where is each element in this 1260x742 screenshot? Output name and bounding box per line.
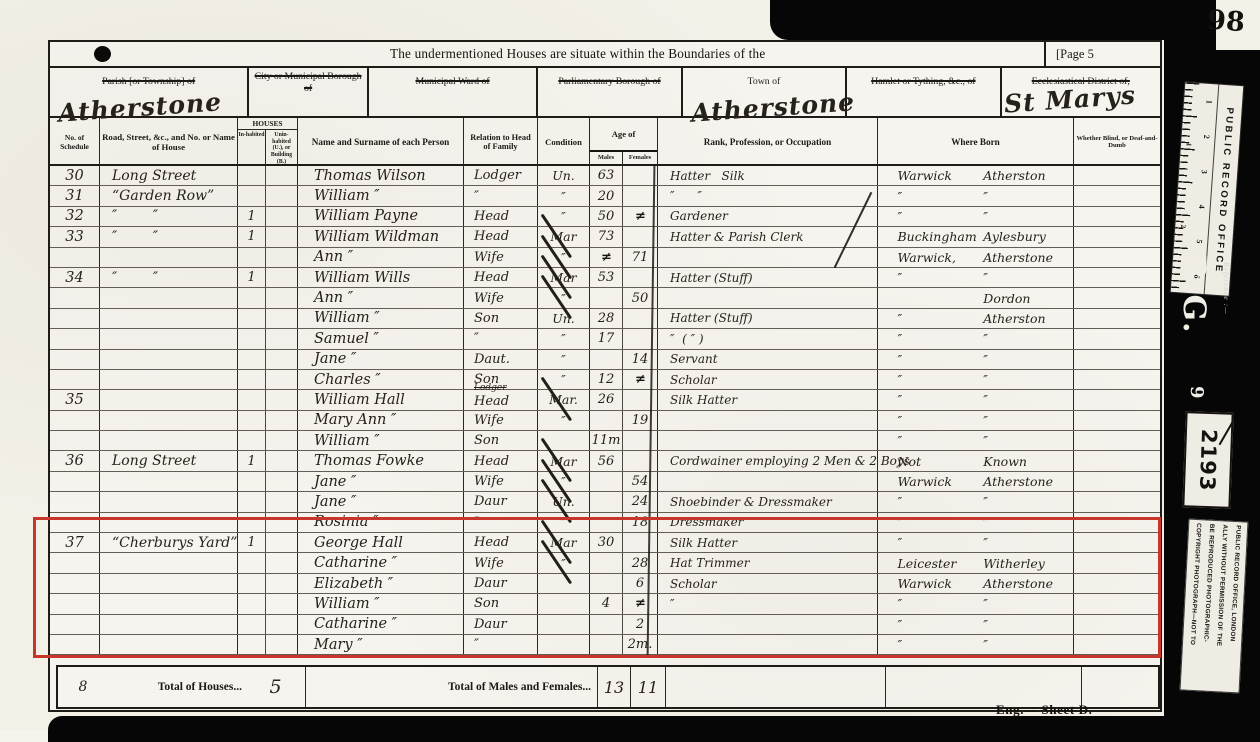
form-title-band: The undermentioned Houses are situate wi… bbox=[50, 42, 1160, 68]
inhabited-cell: 1 bbox=[238, 268, 266, 287]
name-cell: William ″ bbox=[298, 309, 464, 328]
relation-cell: Head bbox=[464, 451, 538, 470]
district-cell: City or Municipal Borough of bbox=[249, 68, 369, 116]
ruler-small-number: 2 bbox=[1179, 224, 1187, 228]
blind-deaf-cell bbox=[1074, 207, 1160, 226]
table-row: 30Long StreetThomas WilsonLodgerUn.63Hat… bbox=[50, 166, 1160, 186]
uninhabited-cell bbox=[266, 390, 298, 409]
relation-cell: ″ bbox=[464, 186, 538, 205]
born-county: ″ bbox=[898, 270, 903, 285]
district-label: Town of bbox=[748, 76, 781, 88]
born-county: Warwick bbox=[898, 474, 952, 489]
inhabited-cell: 1 bbox=[238, 451, 266, 470]
district-header-row: Parish [or Township] ofAtherstoneCity or… bbox=[50, 68, 1160, 118]
uninhabited-cell bbox=[266, 431, 298, 450]
blind-deaf-cell bbox=[1074, 186, 1160, 205]
road-cell: “Garden Row” bbox=[100, 186, 238, 205]
born-place: ″ bbox=[983, 331, 988, 346]
born-place: ″ bbox=[983, 372, 988, 387]
name-cell: Thomas Fowke bbox=[298, 451, 464, 470]
inhabited-cell bbox=[238, 186, 266, 205]
where-born-cell: Warwick,Atherstone bbox=[878, 248, 1074, 267]
inhabited-cell bbox=[238, 431, 266, 450]
col-houses-group: HOUSES In-habited Unin-habited (U.), or … bbox=[238, 118, 298, 165]
where-born-cell: NotKnown bbox=[878, 451, 1074, 470]
relation-cell: Wife bbox=[464, 472, 538, 491]
schedule-cell: 34 bbox=[50, 268, 100, 287]
form-title: The undermentioned Houses are situate wi… bbox=[390, 46, 765, 62]
born-county: ″ bbox=[898, 352, 903, 367]
blind-deaf-cell bbox=[1074, 492, 1160, 511]
name-cell: William Payne bbox=[298, 207, 464, 226]
where-born-cell: WarwickAtherston bbox=[878, 166, 1074, 185]
uninhabited-cell bbox=[266, 207, 298, 226]
born-county: ″ bbox=[898, 392, 903, 407]
road-cell: ″ ″ bbox=[100, 227, 238, 246]
table-row: 31“Garden Row”William ″″″20″ ″″″ bbox=[50, 186, 1160, 206]
occupation-cell: Shoebinder & Dressmaker bbox=[658, 492, 878, 511]
road-cell: Long Street bbox=[100, 166, 238, 185]
occupation-cell: Hatter (Stuff) bbox=[658, 309, 878, 328]
col-relation: Relation to Head of Family bbox=[464, 118, 538, 165]
photo-backdrop-top bbox=[770, 0, 1222, 40]
col-houses: HOUSES bbox=[238, 118, 297, 130]
uninhabited-cell bbox=[266, 411, 298, 430]
table-row: 32″ ″1William PayneHead″50≠Gardener″″ bbox=[50, 207, 1160, 227]
age-females-cell: 54 bbox=[623, 472, 658, 491]
inhabited-cell bbox=[238, 411, 266, 430]
occupation-cell: ″ ″ bbox=[658, 186, 878, 205]
road-cell: ″ ″ bbox=[100, 207, 238, 226]
inhabited-cell: 1 bbox=[238, 227, 266, 246]
district-cell: Ecclesiastical District of,St Marys bbox=[1002, 68, 1160, 116]
inhabited-cell bbox=[238, 492, 266, 511]
col-blind-deaf: Whether Blind, or Deaf-and-Dumb bbox=[1074, 118, 1160, 165]
born-county: ″ bbox=[898, 494, 903, 509]
where-born-cell: ″″ bbox=[878, 492, 1074, 511]
born-county: Warwick bbox=[898, 168, 952, 183]
uninhabited-cell bbox=[266, 472, 298, 491]
total-males-females-label: Total of Males and Females... bbox=[306, 667, 598, 707]
table-row: 33″ ″1William WildmanHeadMar73Hatter & P… bbox=[50, 227, 1160, 247]
age-males-cell: ≠ bbox=[590, 248, 623, 267]
district-label: City or Municipal Borough of bbox=[254, 71, 362, 95]
age-males-cell: 28 bbox=[590, 309, 623, 328]
where-born-cell: ″″ bbox=[878, 329, 1074, 348]
uninhabited-cell bbox=[266, 309, 298, 328]
born-place: ″ bbox=[983, 352, 988, 367]
total-males-value: 13 bbox=[598, 667, 631, 707]
born-county: Not bbox=[898, 454, 922, 469]
born-county: ″ bbox=[898, 189, 903, 204]
rg-series-label: R.G. bbox=[1176, 254, 1212, 384]
schedule-cell bbox=[50, 411, 100, 430]
road-cell: Long Street bbox=[100, 451, 238, 470]
inhabited-cell bbox=[238, 329, 266, 348]
relation-cell: ″ bbox=[464, 329, 538, 348]
schedule-cell bbox=[50, 248, 100, 267]
schedule-cell bbox=[50, 350, 100, 369]
table-row: Ann ″Wife″≠71Warwick,Atherstone bbox=[50, 248, 1160, 268]
born-place: ″ bbox=[983, 189, 988, 204]
where-born-cell: ″″ bbox=[878, 186, 1074, 205]
condition-cell: ″ bbox=[538, 288, 590, 307]
blind-deaf-cell bbox=[1074, 309, 1160, 328]
road-cell bbox=[100, 431, 238, 450]
total-houses-label: Total of Houses... bbox=[108, 667, 246, 707]
blind-deaf-cell bbox=[1074, 370, 1160, 389]
born-place: ″ bbox=[983, 433, 988, 448]
inhabited-cell bbox=[238, 472, 266, 491]
occupation-cell: Servant bbox=[658, 350, 878, 369]
col-name: Name and Surname of each Person bbox=[298, 118, 464, 165]
relation-cell: Son bbox=[464, 431, 538, 450]
occupation-cell: Cordwainer employing 2 Men & 2 Boys bbox=[658, 451, 878, 470]
age-males-cell: 17 bbox=[590, 329, 623, 348]
col-uninhabited: Unin-habited (U.), or Building (B.) bbox=[266, 130, 297, 165]
occupation-cell: ″ ( ″ ) bbox=[658, 329, 878, 348]
road-cell bbox=[100, 288, 238, 307]
page-label: [Page 5 bbox=[1044, 42, 1160, 66]
photo-backdrop-bottom bbox=[48, 716, 1260, 742]
road-cell bbox=[100, 492, 238, 511]
age-females-cell bbox=[623, 431, 658, 450]
name-cell: Charles ″ bbox=[298, 370, 464, 389]
name-cell: William Wills bbox=[298, 268, 464, 287]
born-county: ″ bbox=[898, 331, 903, 346]
relation-cell: Head bbox=[464, 207, 538, 226]
born-place: Known bbox=[983, 454, 1027, 469]
road-cell bbox=[100, 248, 238, 267]
uninhabited-cell bbox=[266, 451, 298, 470]
where-born-cell: ″″ bbox=[878, 207, 1074, 226]
occupation-cell bbox=[658, 288, 878, 307]
uninhabited-cell bbox=[266, 370, 298, 389]
col-males: Males bbox=[590, 152, 623, 165]
relation-cell: Wife bbox=[464, 248, 538, 267]
occupation-cell: Silk Hatter bbox=[658, 390, 878, 409]
table-row: 36Long Street1Thomas FowkeHeadMar56Cordw… bbox=[50, 451, 1160, 471]
age-males-cell: 11m bbox=[590, 431, 623, 450]
table-row: Charles ″Son″12≠Scholar″″ bbox=[50, 370, 1160, 390]
inhabited-cell bbox=[238, 370, 266, 389]
table-row: Mary Ann ″Wife″19″″ bbox=[50, 411, 1160, 431]
born-county: ″ bbox=[898, 372, 903, 387]
ruler-number: 2 bbox=[1202, 134, 1211, 139]
born-place: Atherston bbox=[983, 168, 1045, 183]
table-row: Jane ″DaurUn.24Shoebinder & Dressmaker″″ bbox=[50, 492, 1160, 512]
relation-cell: Wife bbox=[464, 411, 538, 430]
reference-label: Reference :— bbox=[1222, 262, 1231, 342]
totals-empty-blind bbox=[1082, 667, 1158, 707]
schedule-cell bbox=[50, 288, 100, 307]
col-age-group: Age of Males Females bbox=[590, 118, 658, 165]
schedule-cell: 31 bbox=[50, 186, 100, 205]
table-row: William ″SonUn.28Hatter (Stuff)″Athersto… bbox=[50, 309, 1160, 329]
table-row: Ann ″Wife″50Dordon bbox=[50, 288, 1160, 308]
col-condition: Condition bbox=[538, 118, 590, 165]
where-born-cell: ″″ bbox=[878, 370, 1074, 389]
page-number-stamp: 98 bbox=[1195, 4, 1257, 39]
born-place: ″ bbox=[983, 494, 988, 509]
born-place: ″ bbox=[983, 209, 988, 224]
relation-cell: LodgerHead bbox=[464, 390, 538, 409]
born-place: Atherstone bbox=[983, 250, 1053, 265]
where-born-cell: WarwickAtherstone bbox=[878, 472, 1074, 491]
condition-cell: Mar. bbox=[538, 390, 590, 409]
blind-deaf-cell bbox=[1074, 390, 1160, 409]
copyright-card: COPYRIGHT PHOTOGRAPH—NOT TOBE REPRODUCED… bbox=[1180, 519, 1249, 694]
age-females-cell: 24 bbox=[623, 492, 658, 511]
district-cell: Municipal Ward of bbox=[369, 68, 538, 116]
blind-deaf-cell bbox=[1074, 268, 1160, 287]
born-county: Buckingham bbox=[898, 229, 977, 244]
schedule-cell bbox=[50, 309, 100, 328]
condition-cell: Un. bbox=[538, 492, 590, 511]
total-females-value: 11 bbox=[631, 667, 666, 707]
name-cell: Ann ″ bbox=[298, 288, 464, 307]
uninhabited-cell bbox=[266, 248, 298, 267]
blind-deaf-cell bbox=[1074, 248, 1160, 267]
age-males-cell: 50 bbox=[590, 207, 623, 226]
age-males-cell: 26 bbox=[590, 390, 623, 409]
inhabited-cell bbox=[238, 309, 266, 328]
where-born-cell: ″″ bbox=[878, 411, 1074, 430]
blind-deaf-cell bbox=[1074, 451, 1160, 470]
column-header: No. of Schedule Road, Street, &c., and N… bbox=[50, 118, 1160, 166]
uninhabited-cell bbox=[266, 350, 298, 369]
uninhabited-cell bbox=[266, 166, 298, 185]
road-cell bbox=[100, 390, 238, 409]
condition-cell: ″ bbox=[538, 329, 590, 348]
inhabited-cell: 1 bbox=[238, 207, 266, 226]
schedule-cell bbox=[50, 370, 100, 389]
born-place: Atherstone bbox=[983, 474, 1053, 489]
schedule-cell: 30 bbox=[50, 166, 100, 185]
uninhabited-cell bbox=[266, 227, 298, 246]
born-county: ″ bbox=[898, 311, 903, 326]
age-females-cell bbox=[623, 451, 658, 470]
relation-cell: Wife bbox=[464, 288, 538, 307]
age-males-cell: 12 bbox=[590, 370, 623, 389]
table-row: Samuel ″″″17″ ( ″ )″″ bbox=[50, 329, 1160, 349]
name-cell: William ″ bbox=[298, 431, 464, 450]
occupation-cell bbox=[658, 472, 878, 491]
ink-blot bbox=[94, 46, 111, 62]
district-label: Municipal Ward of bbox=[415, 76, 489, 88]
table-row: Jane ″Wife″54WarwickAtherstone bbox=[50, 472, 1160, 492]
born-place: Dordon bbox=[983, 291, 1030, 306]
born-place: Aylesbury bbox=[983, 229, 1045, 244]
ruler-number: 3 bbox=[1200, 169, 1209, 174]
condition-cell: Un. bbox=[538, 166, 590, 185]
inhabited-cell bbox=[238, 288, 266, 307]
district-cell: Town ofAtherstone bbox=[683, 68, 847, 116]
age-males-cell bbox=[590, 492, 623, 511]
totals-row: 8 Total of Houses... 5 Total of Males an… bbox=[56, 665, 1160, 709]
condition-cell: ″ bbox=[538, 350, 590, 369]
born-place: ″ bbox=[983, 392, 988, 407]
sheet-label: Eng.— Sheet D. bbox=[996, 702, 1093, 718]
total-houses-value: 5 bbox=[246, 667, 306, 707]
inhabited-cell bbox=[238, 390, 266, 409]
occupation-cell: Hatter Silk bbox=[658, 166, 878, 185]
occupation-cell bbox=[658, 411, 878, 430]
born-place: Atherston bbox=[983, 311, 1045, 326]
schedule-cell: 32 bbox=[50, 207, 100, 226]
col-road: Road, Street, &c., and No. or Name of Ho… bbox=[100, 118, 238, 165]
occupation-cell bbox=[658, 431, 878, 450]
relation-cell: Daur bbox=[464, 492, 538, 511]
where-born-cell: ″″ bbox=[878, 431, 1074, 450]
piece-number: 2193 bbox=[1195, 428, 1221, 491]
totals-schedule-mark: 8 bbox=[58, 667, 108, 707]
relation-cell: Head bbox=[464, 268, 538, 287]
relation-cell: Head bbox=[464, 227, 538, 246]
age-males-cell bbox=[590, 288, 623, 307]
condition-cell: ″ bbox=[538, 411, 590, 430]
where-born-cell: BuckinghamAylesbury bbox=[878, 227, 1074, 246]
where-born-cell: ″″ bbox=[878, 268, 1074, 287]
name-cell: William Hall bbox=[298, 390, 464, 409]
age-females-cell bbox=[623, 390, 658, 409]
road-cell bbox=[100, 329, 238, 348]
born-county: ″ bbox=[898, 209, 903, 224]
table-row: 35William HallLodgerHeadMar.26Silk Hatte… bbox=[50, 390, 1160, 410]
schedule-cell: 36 bbox=[50, 451, 100, 470]
road-cell bbox=[100, 411, 238, 430]
condition-cell: Un. bbox=[538, 309, 590, 328]
piece-number-card: 2193 bbox=[1182, 411, 1233, 509]
blind-deaf-cell bbox=[1074, 288, 1160, 307]
schedule-cell bbox=[50, 329, 100, 348]
born-place: ″ bbox=[983, 270, 988, 285]
road-cell bbox=[100, 472, 238, 491]
born-county: Warwick, bbox=[898, 250, 956, 265]
road-cell bbox=[100, 350, 238, 369]
where-born-cell: ″″ bbox=[878, 390, 1074, 409]
name-cell: Ann ″ bbox=[298, 248, 464, 267]
name-cell: Jane ″ bbox=[298, 492, 464, 511]
uninhabited-cell bbox=[266, 492, 298, 511]
district-label: Parliamentary Borough of bbox=[558, 76, 660, 88]
born-place: ″ bbox=[983, 413, 988, 428]
ruler-number: 5 bbox=[1195, 239, 1204, 244]
age-males-cell bbox=[590, 350, 623, 369]
ruler-number: 4 bbox=[1197, 204, 1206, 209]
age-females-cell: 19 bbox=[623, 411, 658, 430]
name-cell: William ″ bbox=[298, 186, 464, 205]
ruler-number: 1 bbox=[1204, 99, 1213, 104]
born-county: ″ bbox=[898, 433, 903, 448]
uninhabited-cell bbox=[266, 329, 298, 348]
name-cell: Thomas Wilson bbox=[298, 166, 464, 185]
road-cell bbox=[100, 309, 238, 328]
schedule-cell: 33 bbox=[50, 227, 100, 246]
occupation-cell bbox=[658, 248, 878, 267]
schedule-cell bbox=[50, 492, 100, 511]
inhabited-cell bbox=[238, 248, 266, 267]
district-cell: Hamlet or Tything, &c., of bbox=[847, 68, 1001, 116]
blind-deaf-cell bbox=[1074, 431, 1160, 450]
blind-deaf-cell bbox=[1074, 350, 1160, 369]
age-males-cell bbox=[590, 411, 623, 430]
age-males-cell: 63 bbox=[590, 166, 623, 185]
uninhabited-cell bbox=[266, 288, 298, 307]
age-females-cell: ≠ bbox=[623, 370, 658, 389]
blind-deaf-cell bbox=[1074, 329, 1160, 348]
district-label: Parish [or Township] of bbox=[102, 76, 195, 88]
road-cell bbox=[100, 370, 238, 389]
district-value-handwritten: St Marys bbox=[1003, 80, 1137, 118]
table-row: Jane ″Daut.″14Servant″″ bbox=[50, 350, 1160, 370]
name-cell: William Wildman bbox=[298, 227, 464, 246]
occupation-cell: Scholar bbox=[658, 370, 878, 389]
relation-cell: Lodger bbox=[464, 166, 538, 185]
district-label: Hamlet or Tything, &c., of bbox=[871, 76, 975, 88]
uninhabited-cell bbox=[266, 268, 298, 287]
name-cell: Jane ″ bbox=[298, 350, 464, 369]
inhabited-cell bbox=[238, 350, 266, 369]
col-inhabited: In-habited bbox=[238, 130, 266, 165]
copyright-text: COPYRIGHT PHOTOGRAPH—NOT TOBE REPRODUCED… bbox=[1183, 523, 1244, 690]
district-cell: Parish [or Township] ofAtherstone bbox=[50, 68, 249, 116]
blind-deaf-cell bbox=[1074, 166, 1160, 185]
totals-empty-occupation bbox=[666, 667, 886, 707]
where-born-cell: ″″ bbox=[878, 350, 1074, 369]
age-males-cell bbox=[590, 472, 623, 491]
uninhabited-cell bbox=[266, 186, 298, 205]
age-males-cell: 53 bbox=[590, 268, 623, 287]
col-occupation: Rank, Profession, or Occupation bbox=[658, 118, 878, 165]
where-born-cell: ″Atherston bbox=[878, 309, 1074, 328]
age-males-cell: 56 bbox=[590, 451, 623, 470]
col-females: Females bbox=[623, 152, 657, 165]
table-row: William ″Son11m″″ bbox=[50, 431, 1160, 451]
name-cell: Samuel ″ bbox=[298, 329, 464, 348]
relation-struck-text: Lodger bbox=[474, 383, 507, 393]
age-males-cell: 20 bbox=[590, 186, 623, 205]
blind-deaf-cell bbox=[1074, 472, 1160, 491]
ruler-small-number: 1 bbox=[1185, 143, 1193, 147]
table-row: 34″ ″1William WillsHeadMar53Hatter (Stuf… bbox=[50, 268, 1160, 288]
occupation-cell: Gardener bbox=[658, 207, 878, 226]
relation-cell: Son bbox=[464, 309, 538, 328]
road-cell: ″ ″ bbox=[100, 268, 238, 287]
condition-cell: ″ bbox=[538, 186, 590, 205]
col-where-born: Where Born bbox=[878, 118, 1074, 165]
name-cell: Mary Ann ″ bbox=[298, 411, 464, 430]
schedule-cell bbox=[50, 431, 100, 450]
relation-cell: Daut. bbox=[464, 350, 538, 369]
highlight-box bbox=[33, 517, 1161, 658]
age-males-cell: 73 bbox=[590, 227, 623, 246]
district-cell: Parliamentary Borough of bbox=[538, 68, 682, 116]
blind-deaf-cell bbox=[1074, 411, 1160, 430]
census-photo-page: { "photo": { "page_stamp": "98" }, "form… bbox=[0, 0, 1260, 742]
occupation-cell: Hatter (Stuff) bbox=[658, 268, 878, 287]
schedule-cell: 35 bbox=[50, 390, 100, 409]
where-born-cell: Dordon bbox=[878, 288, 1074, 307]
col-age: Age of bbox=[590, 118, 657, 150]
name-cell: Jane ″ bbox=[298, 472, 464, 491]
born-county: ″ bbox=[898, 413, 903, 428]
inhabited-cell bbox=[238, 166, 266, 185]
schedule-cell bbox=[50, 472, 100, 491]
blind-deaf-cell bbox=[1074, 227, 1160, 246]
